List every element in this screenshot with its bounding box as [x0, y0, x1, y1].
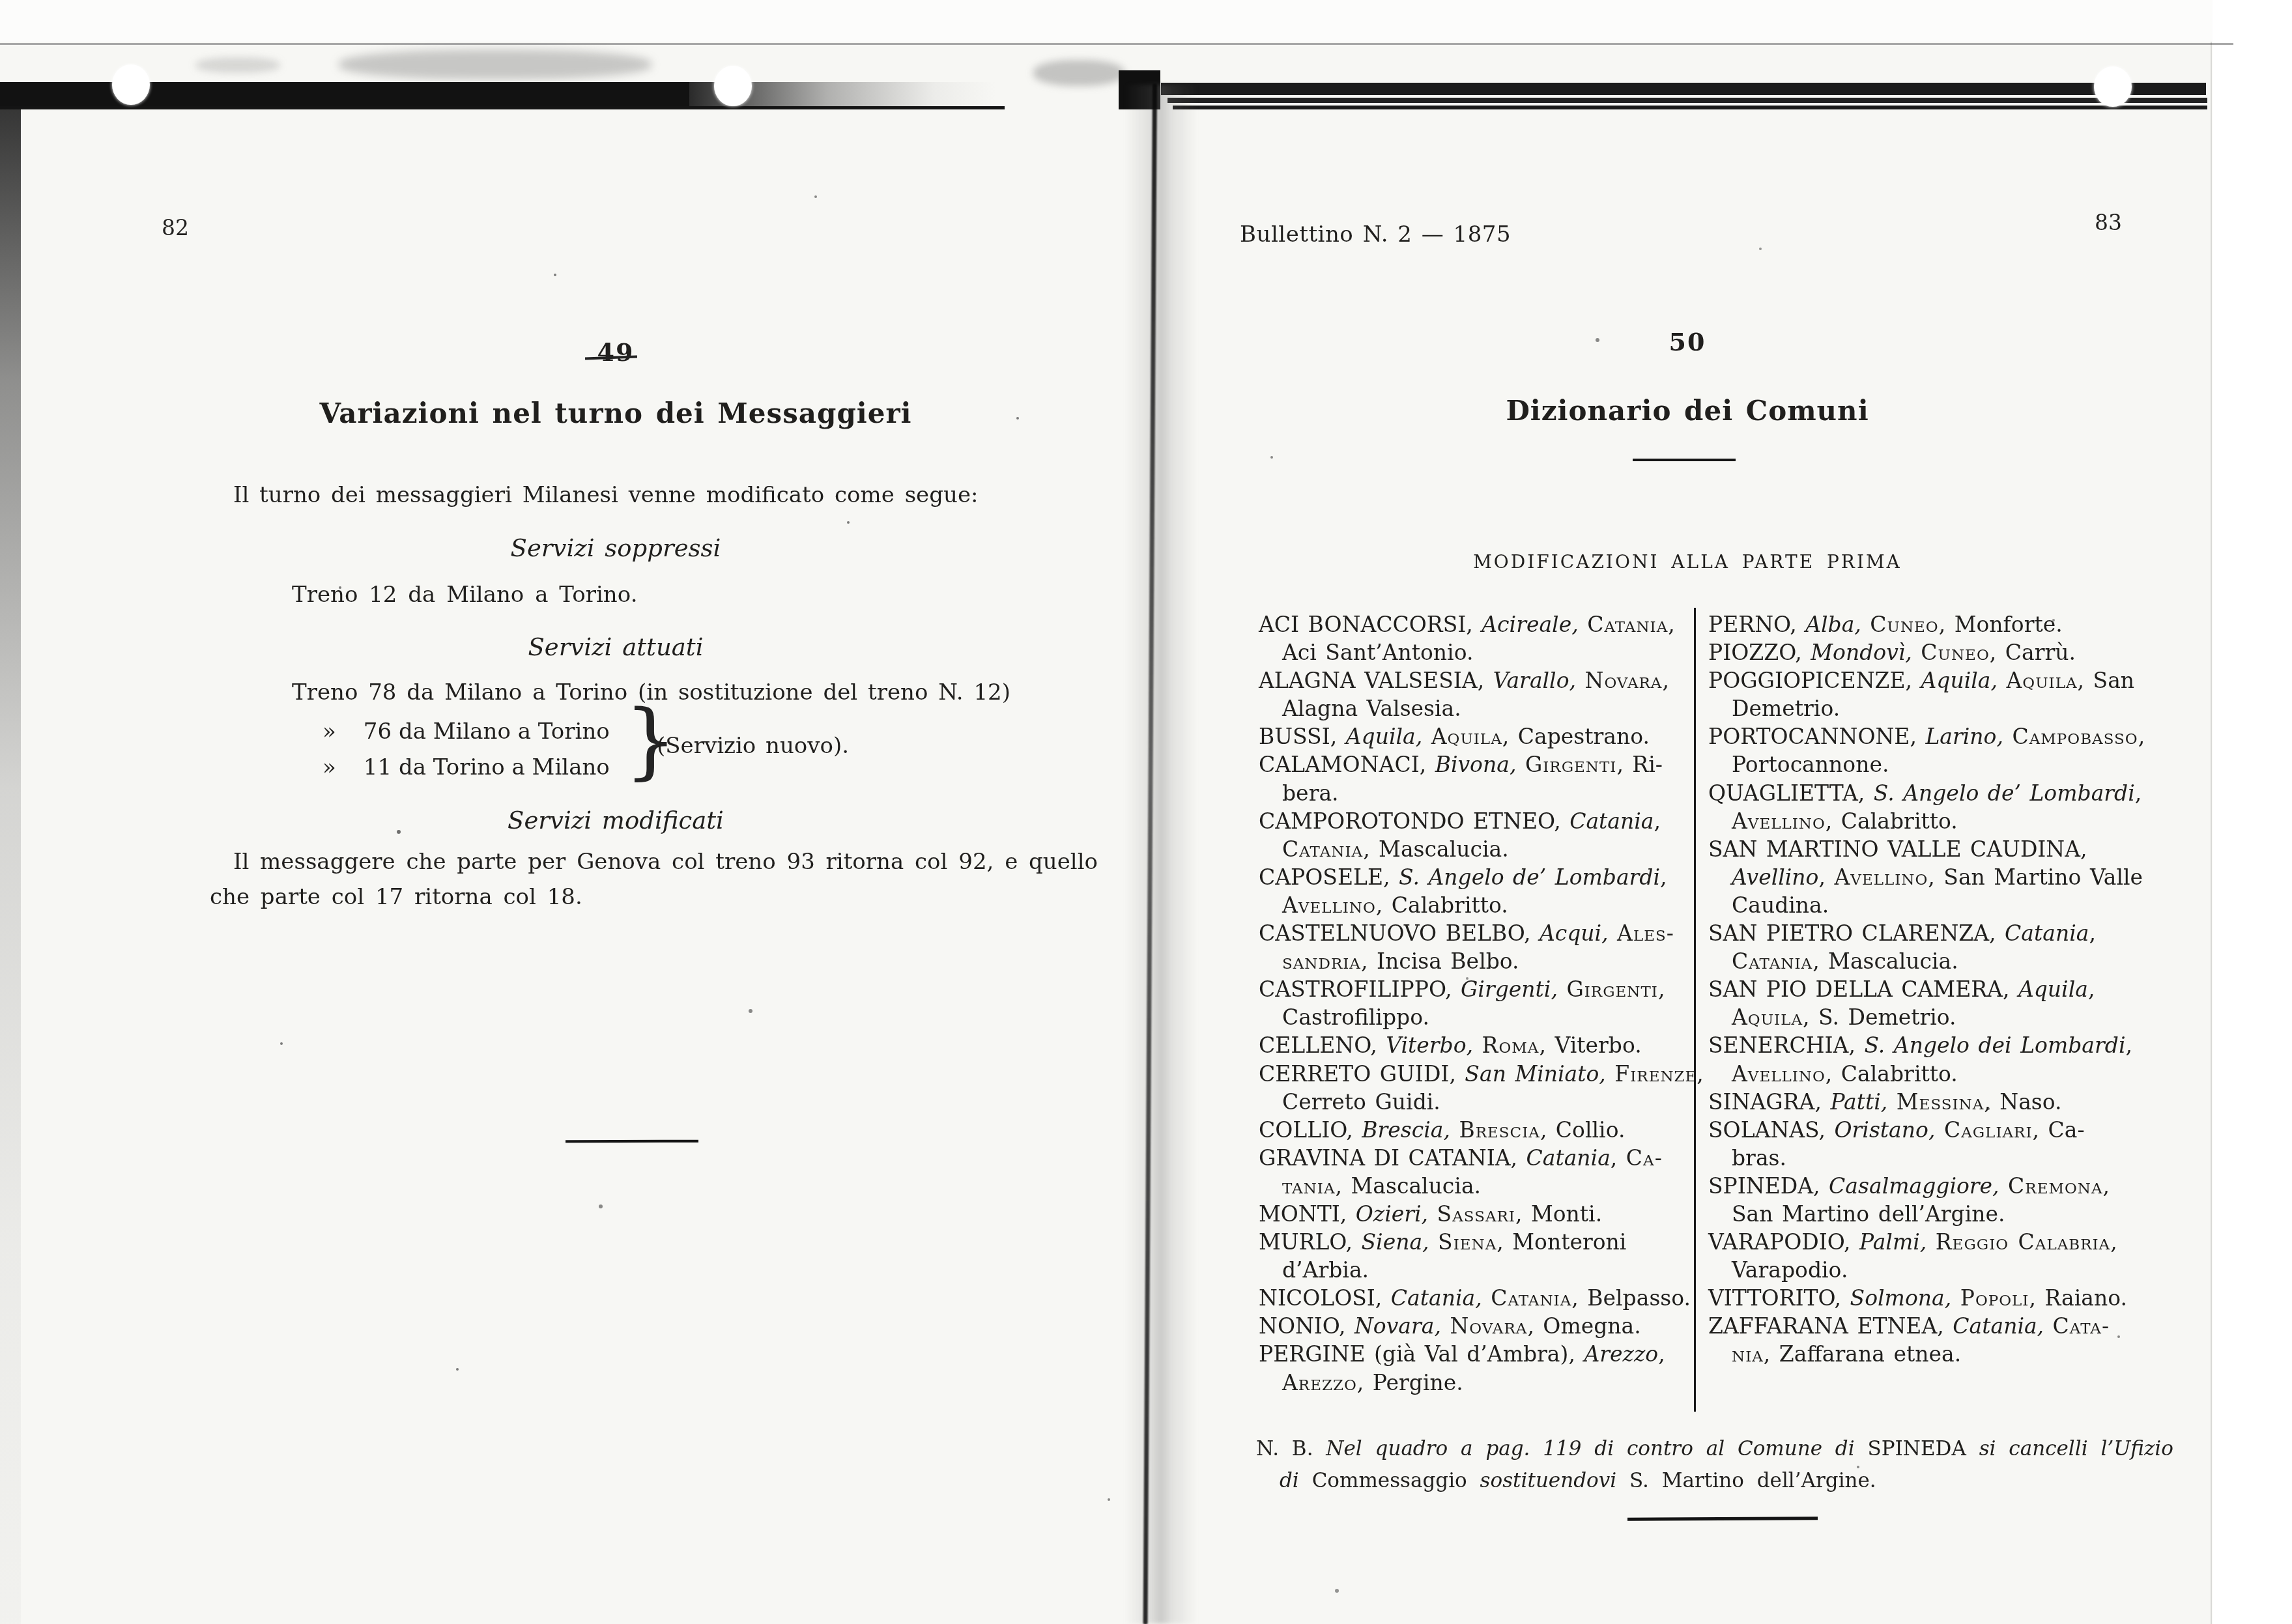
text-line: MONTI, Ozieri, Sassari, Monti. — [1259, 1200, 1690, 1228]
subsection-title: Servizi soppressi — [215, 534, 1016, 562]
entries-column-right: PERNO, Alba, Cuneo, Monforte.PIOZZO, Mon… — [1708, 610, 2140, 1369]
text-line: Aquila, S. Demetrio. — [1708, 1003, 2140, 1031]
train-line: »11 da Torino a Milano — [322, 754, 610, 780]
page-title: Variazioni nel turno dei Messaggieri — [215, 397, 1016, 429]
text-line: SAN PIO DELLA CAMERA, Aquila, — [1708, 975, 2140, 1003]
scan-right-margin — [2213, 0, 2292, 1624]
text-line: CELLENO, Viterbo, Roma, Viterbo. — [1259, 1031, 1690, 1059]
scan-top-margin — [0, 0, 2292, 42]
text-line: QUAGLIETTA, S. Angelo de’ Lombardi, — [1708, 779, 2140, 807]
text-line: CAMPOROTONDO ETNEO, Catania, — [1259, 807, 1690, 835]
train-line: »76 da Milano a Torino — [322, 719, 610, 745]
page-number: 83 — [2095, 210, 2122, 235]
text-line: BUSSI, Aquila, Aquila, Capestrano. — [1259, 722, 1690, 750]
text-line: Avellino, Calabritto. — [1708, 1060, 2140, 1088]
text-line: Portocannone. — [1708, 750, 2140, 778]
subsection-title: Servizi modificati — [215, 806, 1016, 834]
entries-column-left: ACI BONACCORSI, Acireale, Catania,Aci Sa… — [1259, 610, 1690, 1397]
scan-smudge — [1033, 60, 1125, 86]
text-line: ZAFFARANA ETNEA, Catania, Cata- — [1708, 1312, 2140, 1340]
text-line: NONIO, Novara, Novara, Omegna. — [1259, 1312, 1690, 1340]
ditto-mark: » — [322, 719, 336, 745]
text-line: VARAPODIO, Palmi, Reggio Calabria, — [1708, 1228, 2140, 1256]
scan-black-band-edge — [0, 106, 1005, 109]
scan-stripe — [1173, 106, 2207, 109]
text-line: CALAMONACI, Bivona, Girgenti, Ri- — [1259, 750, 1690, 778]
text-line: PERGINE (già Val d’Ambra), Arezzo, — [1259, 1340, 1690, 1368]
paper-right-edge — [2211, 42, 2212, 1624]
text-line: Cerreto Guidi. — [1259, 1088, 1690, 1116]
text-line: PORTOCANNONE, Larino, Campobasso, — [1708, 722, 2140, 750]
section-number: 50 — [1310, 327, 2065, 356]
scan-smudge — [195, 57, 280, 73]
text-line: sandria, Incisa Belbo. — [1259, 947, 1690, 975]
title-rule — [1633, 459, 1736, 461]
text-line: SINAGRA, Patti, Messina, Naso. — [1708, 1088, 2140, 1116]
section-number: 49 — [215, 337, 1016, 367]
train-line: Treno 12 da Milano a Torino. — [292, 582, 637, 608]
text-line: tania, Mascalucia. — [1259, 1172, 1690, 1200]
text-line: Castrofilippo. — [1259, 1003, 1690, 1031]
subtitle: MODIFICAZIONI ALLA PARTE PRIMA — [1310, 551, 2065, 573]
text-line: Avellino, Calabritto. — [1259, 891, 1690, 919]
page-title: Dizionario dei Comuni — [1310, 395, 2065, 427]
punch-hole — [2094, 66, 2132, 107]
text-line: PIOZZO, Mondovì, Cuneo, Carrù. — [1708, 638, 2140, 666]
text-line: Catania, Mascalucia. — [1259, 835, 1690, 863]
text-line: NICOLOSI, Catania, Catania, Belpasso. — [1259, 1284, 1690, 1312]
text-line: CERRETO GUIDI, San Miniato, Firenze, — [1259, 1060, 1690, 1088]
text-line: Avellino, Avellino, San Martino Valle — [1708, 863, 2140, 891]
text-line: VITTORITO, Solmona, Popoli, Raiano. — [1708, 1284, 2140, 1312]
scan-black-band — [0, 82, 689, 109]
text-line: Arezzo, Pergine. — [1259, 1369, 1690, 1397]
text-line: San Martino dell’Argine. — [1708, 1200, 2140, 1228]
nota-bene: N. B. Nel quadro a pag. 119 di contro al… — [1256, 1433, 2155, 1497]
text-line: SOLANAS, Oristano, Cagliari, Ca- — [1708, 1116, 2140, 1144]
text-line: SENERCHIA, S. Angelo dei Lombardi, — [1708, 1031, 2140, 1059]
text-line: CASTELNUOVO BELBO, Acqui, Ales- — [1259, 919, 1690, 947]
text-line: Aci Sant’Antonio. — [1259, 638, 1690, 666]
text-line: ACI BONACCORSI, Acireale, Catania, — [1259, 610, 1690, 638]
text-line: SAN MARTINO VALLE CAUDINA, — [1708, 835, 2140, 863]
scanned-book-spread: 82 49 Variazioni nel turno dei Messaggie… — [0, 0, 2292, 1624]
text-line: Varapodio. — [1708, 1256, 2140, 1284]
scan-edge-line — [0, 43, 2233, 45]
paragraph-line: che parte col 17 ritorna col 18. — [210, 884, 582, 910]
scan-stripe — [1161, 83, 2206, 95]
text-line: SPINEDA, Casalmaggiore, Cremona, — [1708, 1172, 2140, 1200]
intro-paragraph: Il turno dei messaggieri Milanesi venne … — [210, 482, 978, 508]
ditto-mark: » — [322, 754, 336, 780]
scan-specks — [0, 0, 3, 3]
punch-hole — [112, 64, 150, 105]
text-line: GRAVINA DI CATANIA, Catania, Ca- — [1259, 1144, 1690, 1172]
book-gutter-shadow — [1125, 85, 1197, 1624]
text-line: bera. — [1259, 779, 1690, 807]
text-line: bras. — [1708, 1144, 2140, 1172]
text-line: SAN PIETRO CLARENZA, Catania, — [1708, 919, 2140, 947]
text-line: Demetrio. — [1708, 694, 2140, 722]
text-line: nia, Zaffarana etnea. — [1708, 1340, 2140, 1368]
text-line: d’Arbia. — [1259, 1256, 1690, 1284]
train-line-text: 76 da Milano a Torino — [364, 719, 610, 745]
text-line: Caudina. — [1708, 891, 2140, 919]
text-line: POGGIOPICENZE, Aquila, Aquila, San — [1708, 666, 2140, 694]
running-header: Bullettino N. 2 — 1875 — [1240, 221, 1511, 248]
scan-stripe — [1167, 98, 2207, 103]
section-divider-rule — [566, 1140, 698, 1143]
text-line: Alagna Valsesia. — [1259, 694, 1690, 722]
text-line: N. B. Nel quadro a pag. 119 di contro al… — [1256, 1433, 2155, 1465]
text-line: PERNO, Alba, Cuneo, Monforte. — [1708, 610, 2140, 638]
text-line: MURLO, Siena, Siena, Monteroni — [1259, 1228, 1690, 1256]
train-line-text: 11 da Torino a Milano — [364, 754, 610, 780]
text-line: CAPOSELE, S. Angelo de’ Lombardi, — [1259, 863, 1690, 891]
text-line: Avellino, Calabritto. — [1708, 807, 2140, 835]
subsection-title: Servizi attuati — [215, 633, 1016, 661]
text-line: ALAGNA VALSESIA, Varallo, Novara, — [1259, 666, 1690, 694]
column-divider-rule — [1694, 608, 1696, 1412]
scan-smudge — [339, 50, 652, 79]
text-line: COLLIO, Brescia, Brescia, Collio. — [1259, 1116, 1690, 1144]
text-line: di Commessaggio sostituendovi S. Martino… — [1256, 1465, 2155, 1497]
book-spine-shadow — [0, 108, 21, 1624]
brace-note: (Servizio nuovo). — [657, 733, 849, 759]
page-number: 82 — [162, 215, 189, 240]
punch-hole — [714, 66, 752, 106]
paragraph-line: Il messaggere che parte per Genova col t… — [233, 849, 1098, 875]
text-line: CASTROFILIPPO, Girgenti, Girgenti, — [1259, 975, 1690, 1003]
text-line: Catania, Mascalucia. — [1708, 947, 2140, 975]
footer-rule — [1627, 1517, 1818, 1520]
